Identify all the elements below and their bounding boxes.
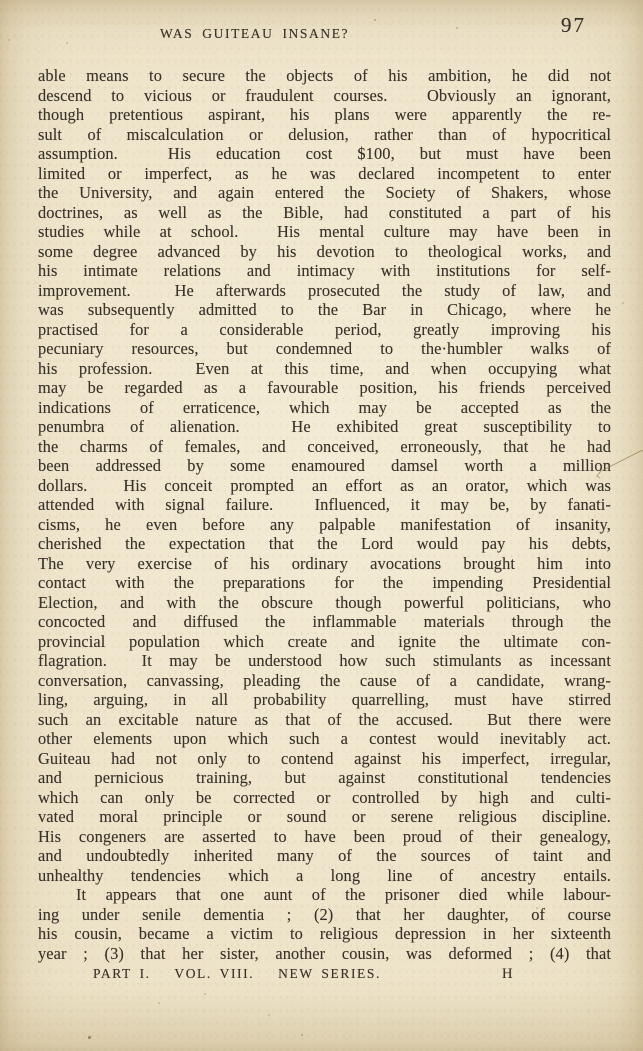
page-number: 97 [561, 13, 586, 38]
paper-speck [622, 302, 624, 304]
text-line: Election, and with the obscure though po… [38, 593, 611, 613]
paper-speck [158, 1002, 160, 1004]
text-line: his cousin, became a victim to religious… [38, 924, 611, 944]
text-line: some degree advanced by his devotion to … [38, 242, 611, 262]
text-line: pecuniary resources, but condemned to th… [38, 339, 611, 359]
text-line: vated moral principle or sound or serene… [38, 807, 611, 827]
text-line: It appears that one aunt of the prisoner… [38, 885, 611, 905]
paper-speck [268, 1014, 270, 1016]
text-line: penumbra of alienation. He exhibited gre… [38, 417, 611, 437]
text-line: dollars. His conceit prompted an effort … [38, 476, 611, 496]
text-line: conversation, canvassing, pleading the c… [38, 671, 611, 691]
text-line: The very exercise of his ordinary avocat… [38, 554, 611, 574]
footer-imprint: PART I. VOL. VIII. NEW SERIES. [93, 966, 381, 982]
text-line: able means to secure the objects of his … [38, 66, 611, 86]
text-line: which can only be corrected or controlle… [38, 788, 611, 808]
text-line: the University, and again entered the So… [38, 183, 611, 203]
paper-speck [301, 1034, 303, 1036]
text-line: cherished the expectation that the Lord … [38, 534, 611, 554]
paper-speck [374, 19, 376, 21]
paper-speck [8, 39, 10, 41]
text-line: his profession. Even at this time, and w… [38, 359, 611, 379]
text-line: flagration. It may be understood how suc… [38, 651, 611, 671]
text-line: was subsequently admitted to the Bar in … [38, 300, 611, 320]
text-line: been addressed by some enamoured damsel … [38, 456, 611, 476]
text-line: unhealthy tendencies which a long line o… [38, 866, 611, 886]
text-line: studies while at school. His mental cult… [38, 222, 611, 242]
body-text: able means to secure the objects of his … [38, 66, 611, 963]
printers-signature-mark: H [502, 966, 513, 983]
text-line: year ; (3) that her sister, another cous… [38, 944, 611, 964]
text-line: and undoubtedly inherited many of the so… [38, 846, 611, 866]
text-line: his intimate relations and intimacy with… [38, 261, 611, 281]
text-line: ing under senile dementia ; (2) that her… [38, 905, 611, 925]
paper-speck [456, 27, 458, 29]
text-line: practised for a considerable period, gre… [38, 320, 611, 340]
text-line: may be regarded as a favourable position… [38, 378, 611, 398]
text-line: Guiteau had not only to contend against … [38, 749, 611, 769]
text-line: indications of erraticence, which may be… [38, 398, 611, 418]
text-line: provincial population which create and i… [38, 632, 611, 652]
text-line: sult of miscalculation or delusion, rath… [38, 125, 611, 145]
text-line: His congeners are asserted to have been … [38, 827, 611, 847]
text-line: attended with signal failure. Influenced… [38, 495, 611, 515]
paper-speck [88, 1036, 91, 1039]
text-line: other elements upon which such a contest… [38, 729, 611, 749]
text-line: such an excitable nature as that of the … [38, 710, 611, 730]
text-line: ling, arguing, in all probability quarre… [38, 690, 611, 710]
running-title: WAS GUITEAU INSANE? [160, 26, 349, 42]
text-line: assumption. His education cost $100, but… [38, 144, 611, 164]
text-line: concocted and diffused the inflammable m… [38, 612, 611, 632]
text-line: doctrines, as well as the Bible, had con… [38, 203, 611, 223]
text-line: the charms of females, and conceived, er… [38, 437, 611, 457]
paper-speck [204, 993, 206, 995]
paper-speck [66, 42, 68, 44]
text-line: limited or imperfect, as he was declared… [38, 164, 611, 184]
text-line: cisms, he even before any palpable manif… [38, 515, 611, 535]
text-line: and pernicious training, but against con… [38, 768, 611, 788]
book-page-scan: WAS GUITEAU INSANE? 97 able means to sec… [0, 0, 643, 1051]
text-line: though pretentious aspirant, his plans w… [38, 105, 611, 125]
text-line: improvement. He afterwards prosecuted th… [38, 281, 611, 301]
text-line: descend to vicious or fraudulent courses… [38, 86, 611, 106]
text-line: contact with the preparations for the im… [38, 573, 611, 593]
